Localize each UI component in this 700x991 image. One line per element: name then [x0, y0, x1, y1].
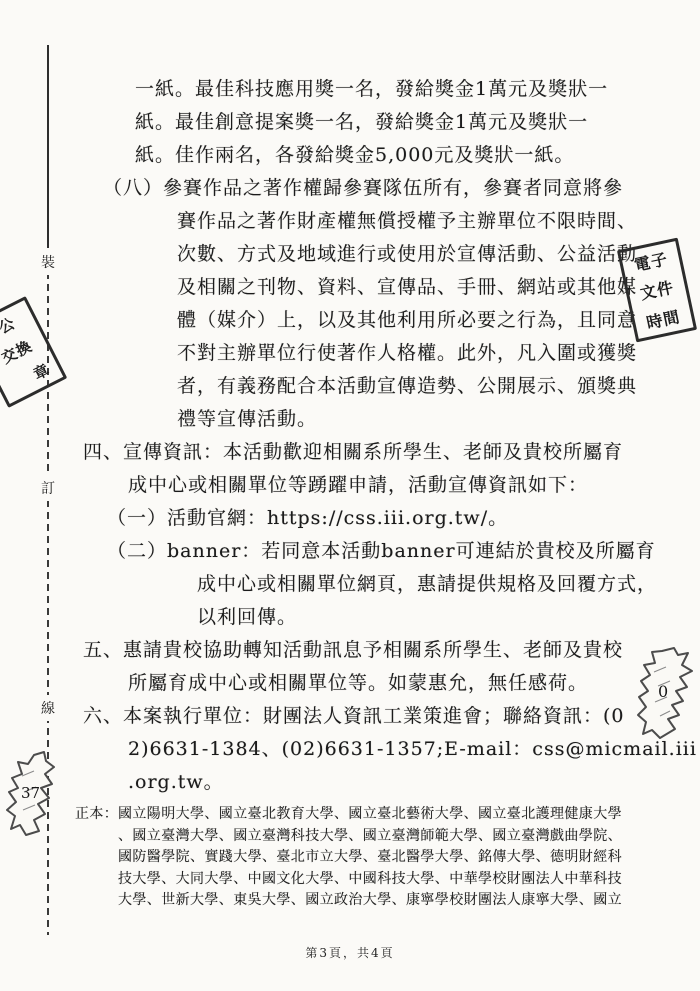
crumple-mark-left: 37 [4, 750, 60, 842]
body-line: 所屬育成中心或相關單位等。如蒙惠允，無任感荷。 [0, 667, 700, 700]
artifact-number-left: 37 [21, 784, 40, 802]
body-line: 五、惠請貴校協助轉知活動訊息予相關系所學生、老師及貴校 [0, 634, 700, 667]
body-line: 不對主辦單位行使著作人格權。此外，凡入圍或獲獎 [0, 337, 700, 370]
distribution-lines: 國立陽明大學、國立臺北教育大學、國立臺北藝術大學、國立臺北護理健康大學、國立臺灣… [118, 804, 638, 912]
distribution-line: 技大學、大同大學、中國文化大學、中國科技大學、中華學校財團法人中華科技 [118, 869, 638, 891]
page-number: 第3頁，共4頁 [0, 944, 700, 961]
body-line: 賽作品之著作財產權無償授權予主辦單位不限時間、 [0, 205, 700, 238]
document-body: 一紙。最佳科技應用獎一名，發給獎金1萬元及獎狀一紙。最佳創意提案獎一名，發給獎金… [0, 73, 700, 799]
body-line: 一紙。最佳科技應用獎一名，發給獎金1萬元及獎狀一 [0, 73, 700, 106]
body-line: 紙。最佳創意提案獎一名，發給獎金1萬元及獎狀一 [0, 106, 700, 139]
body-line: 禮等宣傳活動。 [0, 403, 700, 436]
body-line: 六、本案執行單位：財團法人資訊工業策進會；聯絡資訊：(0 [0, 700, 700, 733]
body-line: （八）參賽作品之著作權歸參賽隊伍所有，參賽者同意將參 [0, 172, 700, 205]
body-line: 以利回傳。 [0, 601, 700, 634]
stamp-row: 文件 [627, 273, 687, 307]
distribution-line: 、國立臺灣大學、國立臺灣科技大學、國立臺灣師範大學、國立臺灣戲曲學院、 [118, 826, 638, 848]
distribution-label: 正本： [75, 804, 118, 826]
body-line: 成中心或相關單位網頁，惠請提供規格及回覆方式， [0, 568, 700, 601]
body-line: 2)6631-1384、(02)6631-1357;E-mail：css@mic… [0, 733, 700, 766]
stamp-row: 電子 [621, 244, 681, 278]
distribution-line: 國防醫學院、實踐大學、臺北市立大學、臺北醫學大學、銘傳大學、德明財經科 [118, 847, 638, 869]
stamp-row: 時間 [633, 302, 693, 336]
body-line: 成中心或相關單位等踴躍申請，活動宣傳資訊如下： [0, 469, 700, 502]
artifact-number-right: 0 [658, 682, 668, 701]
body-line: 次數、方式及地域進行或使用於宣傳活動、公益活動 [0, 238, 700, 271]
body-line: .org.tw。 [0, 766, 700, 799]
body-line: 體（媒介）上，以及其他利用所必要之行為，且同意 [0, 304, 700, 337]
body-line: （二）banner：若同意本活動banner可連結於貴校及所屬育 [0, 535, 700, 568]
body-line: 及相關之刊物、資料、宣傳品、手冊、網站或其他媒 [0, 271, 700, 304]
distribution-block: 正本： 國立陽明大學、國立臺北教育大學、國立臺北藝術大學、國立臺北護理健康大學、… [0, 804, 700, 912]
body-line: 紙。佳作兩名，各發給獎金5,000元及獎狀一紙。 [0, 139, 700, 172]
body-line: 四、宣傳資訊：本活動歡迎相關系所學生、老師及貴校所屬育 [0, 436, 700, 469]
body-line: （一）活動官網：https://css.iii.org.tw/。 [0, 502, 700, 535]
body-line: 者，有義務配合本活動宣傳造勢、公開展示、頒獎典 [0, 370, 700, 403]
scanned-document-page: 裝 訂 線 一紙。最佳科技應用獎一名，發給獎金1萬元及獎狀一紙。最佳創意提案獎一… [0, 0, 700, 991]
distribution-line: 國立陽明大學、國立臺北教育大學、國立臺北藝術大學、國立臺北護理健康大學 [118, 804, 638, 826]
crumple-mark-right: 0 [634, 645, 696, 745]
distribution-line: 大學、世新大學、東吳大學、國立政治大學、康寧學校財團法人康寧大學、國立 [118, 890, 638, 912]
